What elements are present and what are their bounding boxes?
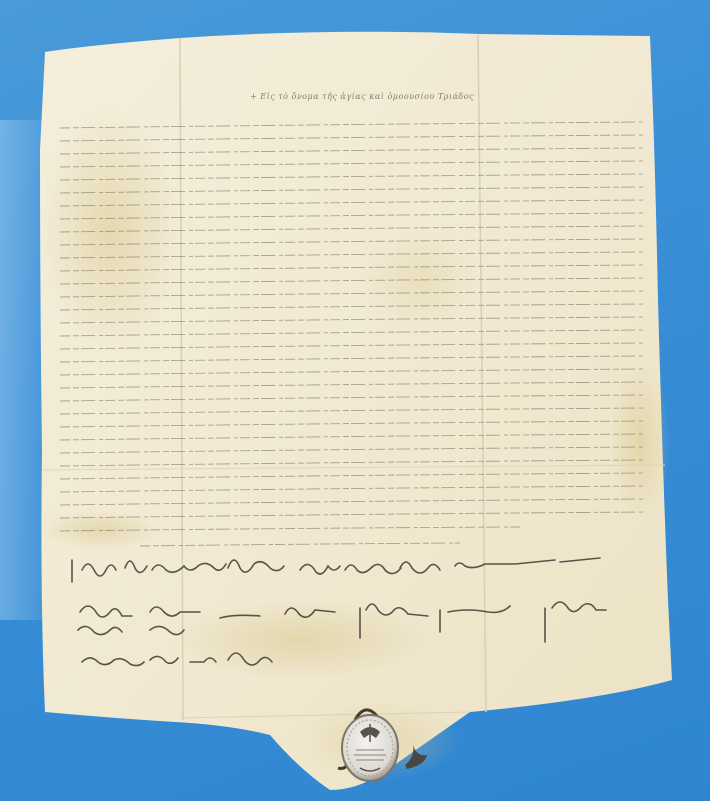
document-heading: + Εἰς τὸ ὄνομα τῆς ἁγίας καὶ ὁμοουσίου Τ…: [250, 92, 490, 101]
parchment-document: + Εἰς τὸ ὄνομα τῆς ἁγίας καὶ ὁμοουσίου Τ…: [0, 0, 710, 801]
seal: [342, 715, 398, 781]
parchment-illustration: [0, 0, 710, 801]
